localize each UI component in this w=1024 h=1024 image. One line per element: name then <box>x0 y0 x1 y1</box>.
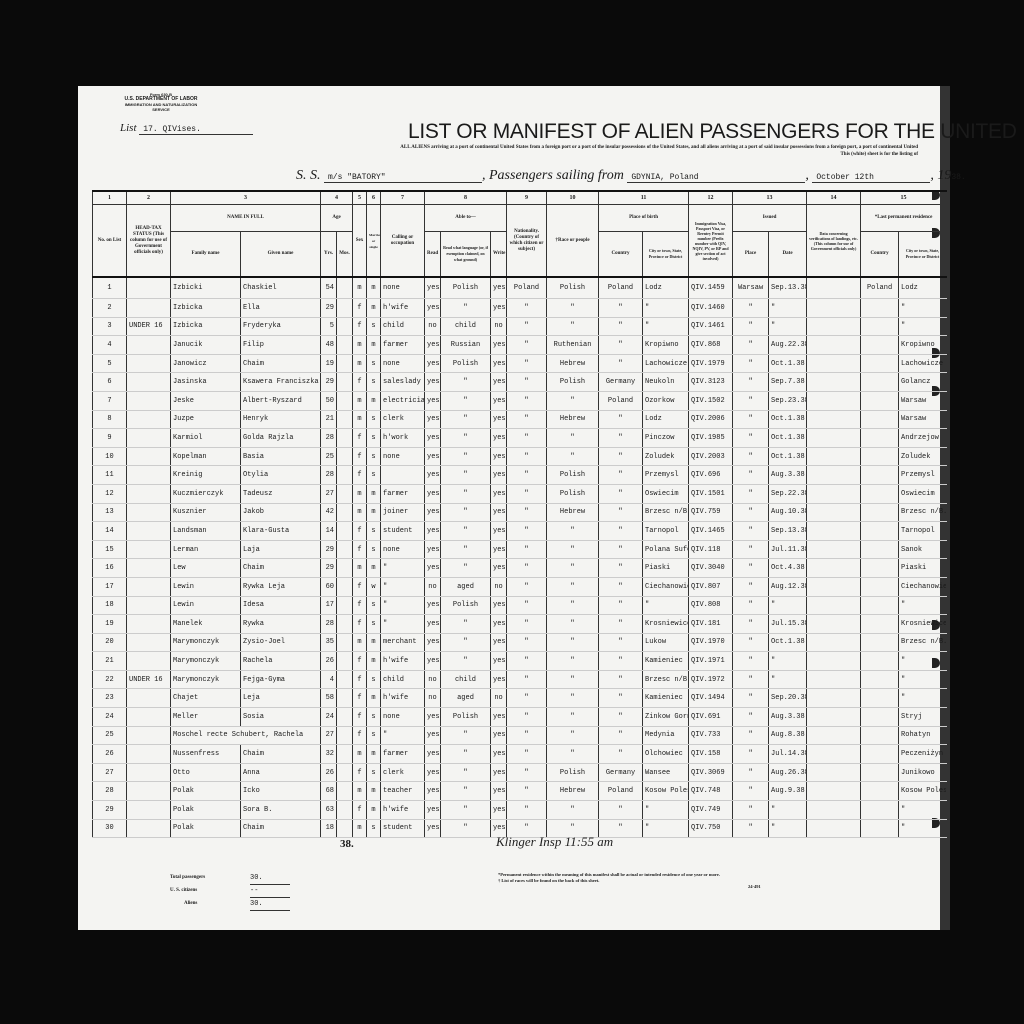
residence-country <box>861 763 899 782</box>
residence-city: " <box>899 670 947 689</box>
read-language: " <box>441 782 491 801</box>
age-years: 27 <box>321 484 337 503</box>
family-name: Janucik <box>171 336 241 355</box>
issued-date: Oct.1.38 <box>769 429 807 448</box>
birth-city: Kosow Poleski <box>643 782 689 801</box>
residence-country <box>861 447 899 466</box>
age-months <box>337 429 353 448</box>
row-number: 16 <box>93 559 127 578</box>
sex: f <box>353 466 367 485</box>
issued-place: " <box>733 484 769 503</box>
landing-verification <box>807 670 861 689</box>
given-name: Chaim <box>241 819 321 838</box>
residence-country <box>861 391 899 410</box>
age-years: 48 <box>321 336 337 355</box>
sailing-label: Passengers sailing from <box>489 168 624 183</box>
read-language: Polish <box>441 354 491 373</box>
sex: m <box>353 559 367 578</box>
visa-number: QIV.2006 <box>689 410 733 429</box>
race: Polish <box>547 466 599 485</box>
visa-number: QIV.181 <box>689 615 733 634</box>
residence-city: Brzesc n/B. <box>899 503 947 522</box>
birth-country: Poland <box>599 391 643 410</box>
birth-country: " <box>599 615 643 634</box>
table-row: 6JasinskaKsawera Franciszka29fssaleslady… <box>93 373 947 392</box>
birth-city: Olchowiec <box>643 745 689 764</box>
read-language: " <box>441 615 491 634</box>
age-years: 29 <box>321 299 337 318</box>
can-write: no <box>491 577 507 596</box>
visa-number: QIV.1502 <box>689 391 733 410</box>
head-tax-status <box>127 540 171 559</box>
residence-city: Przemysl <box>899 466 947 485</box>
landing-verification <box>807 391 861 410</box>
can-read: yes <box>425 596 441 615</box>
nationality: " <box>507 782 547 801</box>
age-years: 60 <box>321 577 337 596</box>
marital-status: m <box>367 277 381 299</box>
residence-country <box>861 373 899 392</box>
occupation: child <box>381 670 425 689</box>
residence-country <box>861 801 899 820</box>
age-months <box>337 466 353 485</box>
marital-status: m <box>367 652 381 671</box>
sex: f <box>353 763 367 782</box>
visa-number: QIV.808 <box>689 596 733 615</box>
race: " <box>547 615 599 634</box>
age-months <box>337 373 353 392</box>
visa-number: QIV.749 <box>689 801 733 820</box>
marital-status: s <box>367 819 381 838</box>
issued-place: " <box>733 540 769 559</box>
given-name: Henryk <box>241 410 321 429</box>
visa-number: QIV.1979 <box>689 354 733 373</box>
table-row: 26NussenfressChaim32mmfarmeryes"yes"""Ol… <box>93 745 947 764</box>
issued-date: " <box>769 670 807 689</box>
can-read: yes <box>425 708 441 727</box>
nationality: " <box>507 689 547 708</box>
visa-number: QIV.3069 <box>689 763 733 782</box>
aliens-row: Aliens 30. <box>170 898 290 911</box>
age-months <box>337 615 353 634</box>
can-read: yes <box>425 782 441 801</box>
issued-date: Sep.13.38 <box>769 277 807 299</box>
age-years: 68 <box>321 782 337 801</box>
read-language: " <box>441 726 491 745</box>
read-language: " <box>441 503 491 522</box>
marital-status: m <box>367 299 381 318</box>
given-name: Tadeusz <box>241 484 321 503</box>
table-row: 8JuzpeHenryk21msclerkyes"yes"Hebrew"Lodz… <box>93 410 947 429</box>
can-write: yes <box>491 782 507 801</box>
table-row: 16LewChaim29mm"yes"yes"""PiaskiQIV.3040"… <box>93 559 947 578</box>
occupation: farmer <box>381 745 425 764</box>
residence-city: Rohatyn <box>899 726 947 745</box>
issued-place: " <box>733 819 769 838</box>
residence-country <box>861 466 899 485</box>
marital-status: s <box>367 615 381 634</box>
row-number: 30 <box>93 819 127 838</box>
sex: m <box>353 336 367 355</box>
sex: m <box>353 354 367 373</box>
issued-place: " <box>733 466 769 485</box>
read-language: child <box>441 670 491 689</box>
residence-country: Poland <box>861 277 899 299</box>
sex: f <box>353 670 367 689</box>
header-issued-place: Place <box>733 232 769 278</box>
residence-city: " <box>899 801 947 820</box>
given-name: Rachela <box>241 652 321 671</box>
residence-city: " <box>899 596 947 615</box>
read-language: " <box>441 447 491 466</box>
occupation: clerk <box>381 410 425 429</box>
age-months <box>337 670 353 689</box>
header-residence-country: Country <box>861 232 899 278</box>
age-months <box>337 708 353 727</box>
landing-verification <box>807 726 861 745</box>
table-row: 27OttoAnna26fsclerkyes"yes"PolishGermany… <box>93 763 947 782</box>
residence-city: Golancz <box>899 373 947 392</box>
can-write: yes <box>491 540 507 559</box>
header-able-to: Able to— <box>425 205 507 232</box>
can-read: yes <box>425 299 441 318</box>
birth-country: " <box>599 410 643 429</box>
residence-city: " <box>899 689 947 708</box>
visa-number: QIV.1461 <box>689 317 733 336</box>
can-write: yes <box>491 354 507 373</box>
row-number: 7 <box>93 391 127 410</box>
read-language: aged <box>441 577 491 596</box>
occupation: joiner <box>381 503 425 522</box>
marital-status: s <box>367 447 381 466</box>
family-name: Landsman <box>171 522 241 541</box>
can-read: yes <box>425 801 441 820</box>
nationality: " <box>507 540 547 559</box>
race: " <box>547 522 599 541</box>
head-tax-status <box>127 745 171 764</box>
row-number: 8 <box>93 410 127 429</box>
read-language: " <box>441 429 491 448</box>
race: " <box>547 577 599 596</box>
landing-verification <box>807 522 861 541</box>
family-name: Marymonczyk <box>171 670 241 689</box>
birth-country: " <box>599 336 643 355</box>
can-write: yes <box>491 615 507 634</box>
head-tax-status <box>127 447 171 466</box>
given-name: Leja <box>241 689 321 708</box>
residence-country <box>861 559 899 578</box>
issued-place: " <box>733 577 769 596</box>
visa-number: QIV.1970 <box>689 633 733 652</box>
occupation: none <box>381 277 425 299</box>
issued-date: Oct.1.38 <box>769 354 807 373</box>
can-write: yes <box>491 391 507 410</box>
residence-country <box>861 317 899 336</box>
residence-city: Sanok <box>899 540 947 559</box>
read-language: " <box>441 819 491 838</box>
residence-city: Zoludek <box>899 447 947 466</box>
header-yrs: Yrs. <box>321 232 337 278</box>
table-row: 20MarymonczykZysio-Joel35mmmerchantyes"y… <box>93 633 947 652</box>
residence-city: Kosow Poleski <box>899 782 947 801</box>
birth-city: Ozorkow <box>643 391 689 410</box>
issued-date: Oct.1.38 <box>769 447 807 466</box>
age-years: 35 <box>321 633 337 652</box>
row-number: 29 <box>93 801 127 820</box>
occupation: " <box>381 596 425 615</box>
landing-verification <box>807 819 861 838</box>
race: " <box>547 429 599 448</box>
birth-city: Zoludek <box>643 447 689 466</box>
issued-date: Oct.1.38 <box>769 633 807 652</box>
birth-country: " <box>599 299 643 318</box>
residence-country <box>861 670 899 689</box>
landing-verification <box>807 559 861 578</box>
table-row: 12KuczmierczykTadeusz27mmfarmeryes"yes"P… <box>93 484 947 503</box>
row-number: 11 <box>93 466 127 485</box>
row-number: 28 <box>93 782 127 801</box>
head-tax-status <box>127 782 171 801</box>
birth-country: " <box>599 429 643 448</box>
head-tax-status <box>127 726 171 745</box>
age-months <box>337 503 353 522</box>
marital-status: m <box>367 336 381 355</box>
table-row: 25Moschel recte Schubert, Rachela27fs"ye… <box>93 726 947 745</box>
col-num: 11 <box>599 191 689 205</box>
header-landing: Data concerning verifications of landing… <box>807 205 861 278</box>
marital-status: m <box>367 559 381 578</box>
row-number: 6 <box>93 373 127 392</box>
can-write: yes <box>491 484 507 503</box>
occupation: teacher <box>381 782 425 801</box>
sex: f <box>353 689 367 708</box>
col-num: 10 <box>547 191 599 205</box>
table-row: 11KreinigOtylia28fsyes"yes"Polish"Przemy… <box>93 466 947 485</box>
row-number: 2 <box>93 299 127 318</box>
col-num: 3 <box>171 191 321 205</box>
given-name: Zysio-Joel <box>241 633 321 652</box>
age-months <box>337 354 353 373</box>
can-write: yes <box>491 336 507 355</box>
given-name: Ella <box>241 299 321 318</box>
age-months <box>337 596 353 615</box>
visa-number: QIV.1460 <box>689 299 733 318</box>
race: " <box>547 559 599 578</box>
issued-date: " <box>769 819 807 838</box>
issued-place: " <box>733 633 769 652</box>
sex: m <box>353 782 367 801</box>
birth-country: " <box>599 708 643 727</box>
departure-date: October 12th <box>812 173 930 183</box>
row-number: 1 <box>93 277 127 299</box>
marital-status: s <box>367 354 381 373</box>
residence-city: Piaski <box>899 559 947 578</box>
read-language: " <box>441 652 491 671</box>
issued-place: " <box>733 447 769 466</box>
landing-verification <box>807 336 861 355</box>
marital-status: s <box>367 670 381 689</box>
residence-country <box>861 540 899 559</box>
issued-place: " <box>733 522 769 541</box>
nationality: " <box>507 763 547 782</box>
can-write: no <box>491 317 507 336</box>
header-age: Age <box>321 205 353 232</box>
family-name: Polak <box>171 801 241 820</box>
page-title: LIST OR MANIFEST OF ALIEN PASSENGERS FOR… <box>408 120 1017 144</box>
ss-label: S. S. <box>296 168 321 183</box>
residence-city: " <box>899 299 947 318</box>
nationality: " <box>507 559 547 578</box>
birth-city: Oswiecim <box>643 484 689 503</box>
issued-place: " <box>733 652 769 671</box>
family-name: Marymonczyk <box>171 652 241 671</box>
can-read: yes <box>425 540 441 559</box>
residence-city: " <box>899 652 947 671</box>
birth-country: " <box>599 670 643 689</box>
visa-number: QIV.1972 <box>689 670 733 689</box>
table-row: 29PolakSora B.63fmh'wifeyes"yes""""QIV.7… <box>93 801 947 820</box>
birth-country: " <box>599 652 643 671</box>
birth-country: " <box>599 559 643 578</box>
service-name: IMMIGRATION AND NATURALIZATION SERVICE <box>116 102 206 112</box>
issued-place: " <box>733 708 769 727</box>
issued-date: Aug.3.38 <box>769 708 807 727</box>
occupation: none <box>381 708 425 727</box>
occupation: " <box>381 615 425 634</box>
age-months <box>337 447 353 466</box>
head-tax-status <box>127 354 171 373</box>
issued-place: " <box>733 354 769 373</box>
residence-country <box>861 689 899 708</box>
nationality: " <box>507 801 547 820</box>
can-write: no <box>491 689 507 708</box>
head-tax-status <box>127 429 171 448</box>
can-write: yes <box>491 596 507 615</box>
issued-place: " <box>733 410 769 429</box>
birth-city: Brzesc n/B <box>643 503 689 522</box>
table-row: 28PolakIcko68mmteacheryes"yes"HebrewPola… <box>93 782 947 801</box>
table-row: 9KarmiolGolda Rajzla28fsh'workyes"yes"""… <box>93 429 947 448</box>
occupation: " <box>381 726 425 745</box>
residence-city: Oswiecim <box>899 484 947 503</box>
residence-city: Warsaw <box>899 410 947 429</box>
header-issued-date: Date <box>769 232 807 278</box>
can-write: yes <box>491 277 507 299</box>
can-read: yes <box>425 819 441 838</box>
sex: f <box>353 429 367 448</box>
can-write: yes <box>491 522 507 541</box>
given-name: Golda Rajzla <box>241 429 321 448</box>
marital-status: m <box>367 801 381 820</box>
age-years: 29 <box>321 540 337 559</box>
race: " <box>547 633 599 652</box>
landing-verification <box>807 782 861 801</box>
ship-name: m/s "BATORY" <box>324 173 482 183</box>
read-language: " <box>441 540 491 559</box>
given-name: Filip <box>241 336 321 355</box>
age-years: 29 <box>321 559 337 578</box>
occupation: farmer <box>381 336 425 355</box>
occupation: h'work <box>381 429 425 448</box>
age-months <box>337 336 353 355</box>
read-language: Russian <box>441 336 491 355</box>
race: " <box>547 708 599 727</box>
row-number: 10 <box>93 447 127 466</box>
visa-number: QIV.748 <box>689 782 733 801</box>
total-passengers-label: Total passengers <box>170 872 250 885</box>
read-language: " <box>441 484 491 503</box>
can-write: yes <box>491 429 507 448</box>
family-name: Manelek <box>171 615 241 634</box>
list-number: List 17. QIVises. <box>120 122 253 135</box>
can-read: yes <box>425 391 441 410</box>
can-read: yes <box>425 447 441 466</box>
table-row: 1IzbickiChaskiel54mmnoneyesPolishyesPola… <box>93 277 947 299</box>
read-language: " <box>441 391 491 410</box>
subtitle-line-1: ALL ALIENS arriving at a port of contine… <box>238 144 918 151</box>
can-read: yes <box>425 277 441 299</box>
read-language: " <box>441 559 491 578</box>
marital-status: m <box>367 503 381 522</box>
given-name: Otylia <box>241 466 321 485</box>
occupation: student <box>381 522 425 541</box>
landing-verification <box>807 447 861 466</box>
nationality: " <box>507 670 547 689</box>
birth-city: Neukoln <box>643 373 689 392</box>
landing-verification <box>807 277 861 299</box>
can-read: yes <box>425 484 441 503</box>
row-number: 19 <box>93 615 127 634</box>
age-months <box>337 763 353 782</box>
visa-number: QIV.1971 <box>689 652 733 671</box>
header-no-on-list: No. on List <box>93 205 127 278</box>
sex: f <box>353 522 367 541</box>
age-years: 24 <box>321 708 337 727</box>
birth-city: Kamieniec <box>643 689 689 708</box>
given-name: Chaim <box>241 354 321 373</box>
family-name: Polak <box>171 819 241 838</box>
read-language: " <box>441 763 491 782</box>
birth-country: " <box>599 801 643 820</box>
nationality: " <box>507 336 547 355</box>
sex: m <box>353 410 367 429</box>
head-tax-status <box>127 577 171 596</box>
sex: f <box>353 726 367 745</box>
issued-place: " <box>733 763 769 782</box>
residence-city: Kropiwno <box>899 336 947 355</box>
table-row: 13KusznierJakob42mmjoineryes"yes"Hebrew"… <box>93 503 947 522</box>
nationality: " <box>507 726 547 745</box>
occupation: child <box>381 317 425 336</box>
nationality: " <box>507 652 547 671</box>
read-language: " <box>441 373 491 392</box>
issued-place: " <box>733 336 769 355</box>
family-name: Lew <box>171 559 241 578</box>
birth-city: " <box>643 596 689 615</box>
can-read: yes <box>425 503 441 522</box>
residence-country <box>861 819 899 838</box>
birth-country: " <box>599 689 643 708</box>
birth-city: " <box>643 801 689 820</box>
race: Hebrew <box>547 410 599 429</box>
head-tax-status <box>127 633 171 652</box>
sex: m <box>353 484 367 503</box>
table-row: 18LewinIdesa17fs"yesPolishyes""""QIV.808… <box>93 596 947 615</box>
header-visa: Immigration Visa, Passport Visa, or Reen… <box>689 205 733 278</box>
header-race: †Race or people <box>547 205 599 278</box>
occupation: electrician <box>381 391 425 410</box>
family-name: Lerman <box>171 540 241 559</box>
